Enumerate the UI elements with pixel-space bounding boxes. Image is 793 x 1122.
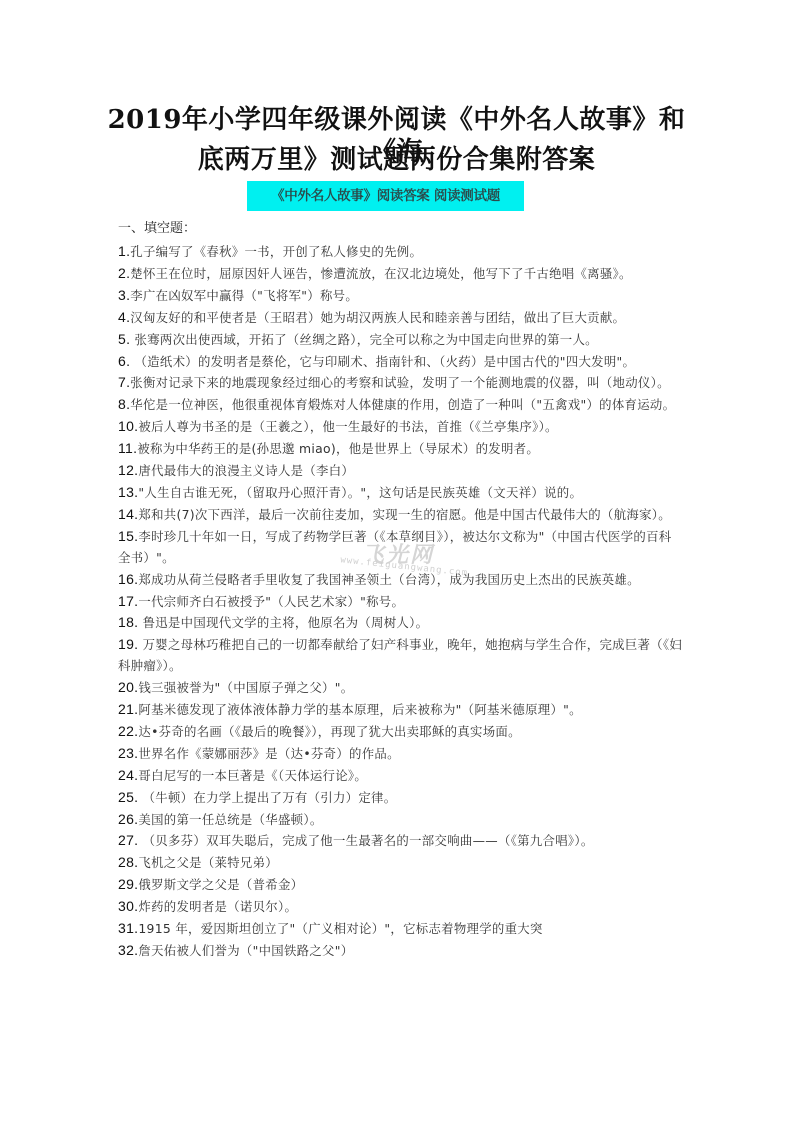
question-number: 4.	[118, 309, 130, 325]
question-number: 30.	[118, 898, 138, 914]
question-item: 20.钱三强被誉为"（中国原子弹之父）"。	[118, 677, 684, 699]
question-text: （造纸术）的发明者是蔡伦，它与印刷术、指南针和、（火药）是中国古代的"四大发明"…	[130, 354, 635, 369]
question-number: 6.	[118, 353, 130, 369]
question-text: 唐代最伟大的浪漫主义诗人是（李白）	[138, 463, 354, 478]
question-text: 鲁迅是中国现代文学的主将，他原名为（周树人）。	[138, 615, 428, 630]
question-item: 6. （造纸术）的发明者是蔡伦，它与印刷术、指南针和、（火药）是中国古代的"四大…	[118, 351, 684, 373]
question-number: 15.	[118, 528, 138, 544]
question-number: 32.	[118, 942, 138, 958]
question-item: 28.飞机之父是（莱特兄弟）	[118, 852, 684, 874]
question-item: 16.郑成功从荷兰侵略者手里收复了我国神圣领土（台湾），成为我国历史上杰出的民族…	[118, 569, 684, 591]
question-text: 哥白尼写的一本巨著是《（天体运行论》。	[138, 768, 367, 783]
question-item: 21.阿基米德发现了液体液体静力学的基本原理，后来被称为"（阿基米德原理）"。	[118, 699, 684, 721]
question-item: 27. （贝多芬）双耳失聪后，完成了他一生最著名的一部交响曲——（《第九合唱》）…	[118, 830, 684, 852]
question-item: 1.孔子编写了《春秋》一书，开创了私人修史的先例。	[118, 241, 684, 263]
question-number: 23.	[118, 745, 138, 761]
question-text: 张骞两次出使西域，开拓了（丝绸之路），完全可以称之为中国走向世界的第一人。	[130, 332, 598, 347]
question-item: 30.炸药的发明者是（诺贝尔）。	[118, 896, 684, 918]
question-text: 郑和共(7)次下西洋，最后一次前往麦加，实现一生的宿愿。他是中国古代最伟大的（航…	[138, 507, 671, 522]
question-number: 10.	[118, 418, 138, 434]
section-heading: 一、填空题：	[118, 220, 196, 238]
question-item: 11.被称为中华药王的是(孙思邈 miao)，他是世界上（导尿术）的发明者。	[118, 438, 684, 460]
question-text: "人生自古谁无死，（留取丹心照汗青）。"，这句话是民族英雄（文天祥）说的。	[138, 485, 582, 500]
question-number: 26.	[118, 811, 138, 827]
question-text: （牛顿）在力学上提出了万有（引力）定律。	[138, 790, 396, 805]
question-item: 8.华佗是一位神医，他很重视体育煅炼对人体健康的作用，创造了一种叫（"五禽戏"）…	[118, 394, 684, 416]
question-text: 俄罗斯文学之父是（普希金）	[138, 877, 303, 892]
question-number: 16.	[118, 571, 138, 587]
question-number: 2.	[118, 265, 130, 281]
question-item: 3.李广在凶奴军中赢得（"飞将军"）称号。	[118, 285, 684, 307]
question-number: 20.	[118, 679, 138, 695]
question-number: 22.	[118, 723, 138, 739]
question-number: 19.	[118, 636, 138, 652]
question-text: 飞机之父是（莱特兄弟）	[138, 855, 278, 870]
question-number: 1.	[118, 243, 130, 259]
question-text: 詹天佑被人们誉为（"中国铁路之父"）	[138, 943, 353, 958]
question-text: 汉匈友好的和平使者是（王昭君）她为胡汉两族人民和睦亲善与团结，做出了巨大贡献。	[130, 310, 625, 325]
question-text: 钱三强被誉为"（中国原子弹之父）"。	[138, 680, 353, 695]
question-number: 17.	[118, 593, 138, 609]
question-text: 被后人尊为书圣的是（王羲之），他一生最好的书法，首推（《兰亭集序》）。	[138, 419, 557, 434]
question-number: 11.	[118, 440, 137, 456]
question-text: 万婴之母林巧稚把自己的一切都奉献给了妇产科事业，晚年，她抱病与学生合作，完成巨著…	[118, 637, 682, 673]
question-number: 3.	[118, 287, 130, 303]
question-text: 郑成功从荷兰侵略者手里收复了我国神圣领土（台湾），成为我国历史上杰出的民族英雄。	[138, 572, 639, 587]
question-item: 26.美国的第一任总统是（华盛顿）。	[118, 809, 684, 831]
question-text: 被称为中华药王的是(孙思邈 miao)，他是世界上（导尿术）的发明者。	[137, 441, 539, 456]
question-number: 8.	[118, 396, 130, 412]
question-item: 32.詹天佑被人们誉为（"中国铁路之父"）	[118, 940, 684, 962]
question-number: 7.	[118, 374, 130, 390]
question-text: 孔子编写了《春秋》一书，开创了私人修史的先例。	[130, 244, 422, 259]
document-title-line-2: 底两万里》测试题两份合集附答案	[100, 144, 693, 176]
highlighted-subtitle-banner: 《中外名人故事》阅读答案 阅读测试题	[247, 181, 524, 211]
question-item: 22.达•芬奇的名画（《最后的晚餐》），再现了犹大出卖耶稣的真实场面。	[118, 721, 684, 743]
question-number: 21.	[118, 701, 138, 717]
question-item: 19. 万婴之母林巧稚把自己的一切都奉献给了妇产科事业，晚年，她抱病与学生合作，…	[118, 634, 684, 677]
question-item: 4.汉匈友好的和平使者是（王昭君）她为胡汉两族人民和睦亲善与团结，做出了巨大贡献…	[118, 307, 684, 329]
question-number: 27.	[118, 832, 138, 848]
question-number: 12.	[118, 462, 138, 478]
question-item: 15.李时珍几十年如一日，写成了药物学巨著（《本草纲目》），被达尔文称为"（中国…	[118, 526, 684, 569]
question-item: 10.被后人尊为书圣的是（王羲之），他一生最好的书法，首推（《兰亭集序》）。	[118, 416, 684, 438]
question-list: 1.孔子编写了《春秋》一书，开创了私人修史的先例。2.楚怀王在位时，屈原因奸人诬…	[118, 241, 684, 962]
question-number: 31.	[118, 920, 138, 936]
question-text: 美国的第一任总统是（华盛顿）。	[138, 812, 322, 827]
question-text: 一代宗师齐白石被授予"（人民艺术家）"称号。	[138, 594, 404, 609]
question-item: 7.张衡对记录下来的地震现象经过细心的考察和试验，发明了一个能测地震的仪器，叫（…	[118, 372, 684, 394]
question-item: 5. 张骞两次出使西域，开拓了（丝绸之路），完全可以称之为中国走向世界的第一人。	[118, 329, 684, 351]
question-text: 世界名作《蒙娜丽莎》是（达•芬奇）的作品。	[138, 746, 399, 761]
question-number: 18.	[118, 614, 138, 630]
document-page: 2019年小学四年级课外阅读《中外名人故事》和《海 底两万里》测试题两份合集附答…	[0, 0, 793, 1122]
question-text: 阿基米德发现了液体液体静力学的基本原理，后来被称为"（阿基米德原理）"。	[138, 702, 581, 717]
question-item: 23.世界名作《蒙娜丽莎》是（达•芬奇）的作品。	[118, 743, 684, 765]
question-number: 25.	[118, 789, 138, 805]
question-text: 华佗是一位神医，他很重视体育煅炼对人体健康的作用，创造了一种叫（"五禽戏"）的体…	[130, 397, 675, 412]
question-item: 31.1915 年，爱因斯坦创立了"（广义相对论）"，它标志着物理学的重大突	[118, 918, 684, 940]
question-number: 14.	[118, 506, 138, 522]
question-item: 17.一代宗师齐白石被授予"（人民艺术家）"称号。	[118, 591, 684, 613]
question-number: 24.	[118, 767, 138, 783]
question-item: 18. 鲁迅是中国现代文学的主将，他原名为（周树人）。	[118, 612, 684, 634]
question-text: 1915 年，爱因斯坦创立了"（广义相对论）"，它标志着物理学的重大突	[138, 921, 542, 936]
question-text: 楚怀王在位时，屈原因奸人诬告，惨遭流放，在汉北边境处，他写下了千古绝唱《离骚》。	[130, 266, 631, 281]
question-number: 29.	[118, 876, 138, 892]
question-item: 12.唐代最伟大的浪漫主义诗人是（李白）	[118, 460, 684, 482]
question-text: 张衡对记录下来的地震现象经过细心的考察和试验，发明了一个能测地震的仪器，叫（地动…	[130, 375, 670, 390]
question-text: 李时珍几十年如一日，写成了药物学巨著（《本草纲目》），被达尔文称为"（中国古代医…	[118, 529, 671, 565]
question-item: 29.俄罗斯文学之父是（普希金）	[118, 874, 684, 896]
question-number: 5.	[118, 331, 130, 347]
question-text: 李广在凶奴军中赢得（"飞将军"）称号。	[130, 288, 358, 303]
question-item: 24.哥白尼写的一本巨著是《（天体运行论》。	[118, 765, 684, 787]
question-text: （贝多芬）双耳失聪后，完成了他一生最著名的一部交响曲——（《第九合唱》）。	[138, 833, 593, 848]
question-text: 达•芬奇的名画（《最后的晚餐》），再现了犹大出卖耶稣的真实场面。	[138, 724, 520, 739]
question-item: 14.郑和共(7)次下西洋，最后一次前往麦加，实现一生的宿愿。他是中国古代最伟大…	[118, 504, 684, 526]
question-text: 炸药的发明者是（诺贝尔）。	[138, 899, 297, 914]
question-number: 28.	[118, 854, 138, 870]
question-item: 25. （牛顿）在力学上提出了万有（引力）定律。	[118, 787, 684, 809]
question-number: 13.	[118, 484, 138, 500]
question-item: 13."人生自古谁无死，（留取丹心照汗青）。"，这句话是民族英雄（文天祥）说的。	[118, 482, 684, 504]
question-item: 2.楚怀王在位时，屈原因奸人诬告，惨遭流放，在汉北边境处，他写下了千古绝唱《离骚…	[118, 263, 684, 285]
